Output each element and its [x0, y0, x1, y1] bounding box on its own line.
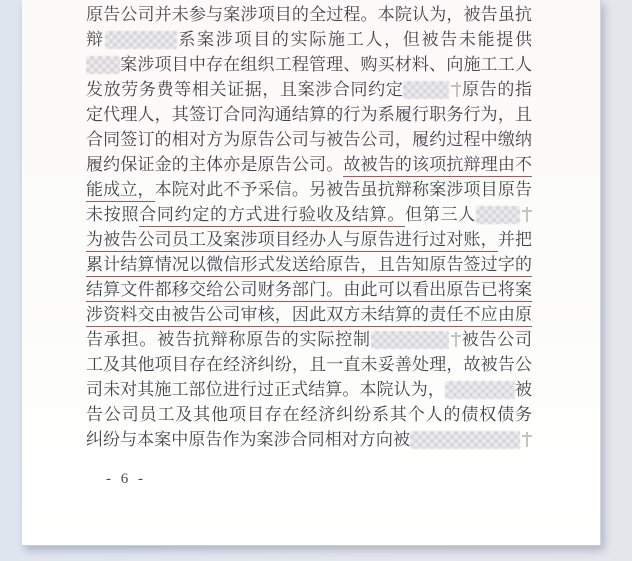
glyph-fragment [522, 432, 532, 447]
redacted-region [445, 381, 515, 399]
underlined-text: 结算文件都移交给公司财务部门。由此可以看出原告已将案 [86, 280, 532, 302]
glyph-fragment [451, 332, 461, 347]
text-segment: 司未对其施工部位进行过正式结算。本院认为， [86, 380, 445, 399]
text-line: 司未对其施工部位进行过正式结算。本院认为，被 [86, 377, 532, 402]
page-number: - 6 - [106, 471, 146, 488]
text-segment: 被 [515, 380, 532, 399]
text-segment: 定代理人，其签订合同沟通结算的行为系履行职务行为，且 [86, 105, 532, 124]
text-segment: 但第三人 [405, 205, 476, 224]
underlined-text: 为被告公司员工及案涉项目经办人与原告进行过对账， [86, 230, 498, 252]
text-line: 未按照合同约定的方式进行验收及结算。但第三人 [86, 202, 532, 227]
text-segment: 未按照 [86, 205, 139, 224]
text-line: 纠纷与本案中原告作为案涉合同相对方向被 [86, 427, 532, 452]
text-segment: 纠纷与本案中原告作为案涉合同相对方向被 [86, 430, 410, 449]
text-line: 定代理人，其签订合同沟通结算的行为系履行职务行为，且 [86, 102, 532, 127]
text-segment: 本院对此不予采信。另被告虽抗辩称案涉项目原告 [155, 180, 532, 199]
text-segment: 履约保证金的主体亦是原告公司。 [86, 155, 343, 174]
text-line: 合同签订的相对方为原告公司与被告公司，履约过程中缴纳 [86, 127, 532, 152]
text-line: 发放劳务费等相关证据，且案涉合同约定原告的指 [86, 77, 532, 102]
text-line: 累计结算情况以微信形式发送给原告，且告知原告签过字的 [86, 252, 532, 277]
text-segment: 系案涉项目的实际施工人，但被告未能提供 [177, 30, 532, 49]
glyph-fragment [451, 82, 461, 97]
text-segment: 发放劳务费等相关证据，且案涉合同约定 [86, 80, 403, 99]
text-line: 能成立，本院对此不予采信。另被告虽抗辩称案涉项目原告 [86, 177, 532, 202]
text-segment: 并把 [498, 230, 532, 249]
redacted-region [86, 56, 120, 74]
underlined-text: 累计结算情况以微信形式发送给原告，且告知原告签过字的 [86, 255, 532, 277]
redacted-region [371, 331, 449, 349]
text-line: 为被告公司员工及案涉项目经办人与原告进行过对账，并把 [86, 227, 532, 252]
underlined-text: 涉资料交由被告公司审核，因此双方未结算的责任不应由原 [86, 305, 532, 327]
redacted-region [476, 206, 520, 224]
underlined-text: 故被告的该项抗辩理由不 [343, 155, 532, 177]
text-segment: 工及其他项目存在经济纠纷，且一直未妥善处理，故被告公 [86, 355, 532, 374]
text-segment: 合同签订的相对方为原告公司与被告公司，履约过程中缴纳 [86, 130, 532, 149]
text-segment: 告公司员工及其他项目存在经济纠纷系其个人的债权债务 [86, 405, 532, 424]
text-segment: 案涉项目中存在组织工程管理、购买材料、向施工工人 [120, 55, 532, 74]
text-line: 案涉项目中存在组织工程管理、购买材料、向施工工人 [86, 52, 532, 77]
text-line: 告承担。被告抗辩称原告的实际控制被告公司员 [86, 327, 532, 352]
underlined-text: 合同约定的方式进行验收及结算。 [139, 205, 405, 227]
redacted-region [403, 81, 449, 99]
text-segment: 告承担。被告抗辩称原告的实际控制 [86, 330, 371, 349]
text-line: 辩系案涉项目的实际施工人，但被告未能提供 [86, 27, 532, 52]
paper-page: 原告公司并未参与案涉项目的全过程。本院认为，被告虽抗辩系案涉项目的实际施工人，但… [22, 0, 601, 546]
redacted-region [105, 31, 177, 49]
text-line: 结算文件都移交给公司财务部门。由此可以看出原告已将案 [86, 277, 532, 302]
text-line: 原告公司并未参与案涉项目的全过程。本院认为，被告虽抗 [86, 2, 532, 27]
text-segment: 原告的指 [461, 80, 532, 99]
underlined-text: 能成立， [86, 180, 155, 202]
redacted-region [410, 431, 520, 449]
text-segment: 原告公司并未参与案涉项目的全过程。本院认为，被告虽抗 [86, 5, 532, 24]
text-line: 工及其他项目存在经济纠纷，且一直未妥善处理，故被告公 [86, 352, 532, 377]
text-line: 涉资料交由被告公司审核，因此双方未结算的责任不应由原 [86, 302, 532, 327]
text-segment: 辩 [86, 30, 105, 49]
text-column: 原告公司并未参与案涉项目的全过程。本院认为，被告虽抗辩系案涉项目的实际施工人，但… [86, 2, 532, 452]
document-photo: { "colors": { "backdrop": "#e2e7ee", "pa… [0, 0, 632, 561]
text-line: 告公司员工及其他项目存在经济纠纷系其个人的债权债务 [86, 402, 532, 427]
glyph-fragment [522, 207, 532, 222]
text-line: 履约保证金的主体亦是原告公司。故被告的该项抗辩理由不 [86, 152, 532, 177]
